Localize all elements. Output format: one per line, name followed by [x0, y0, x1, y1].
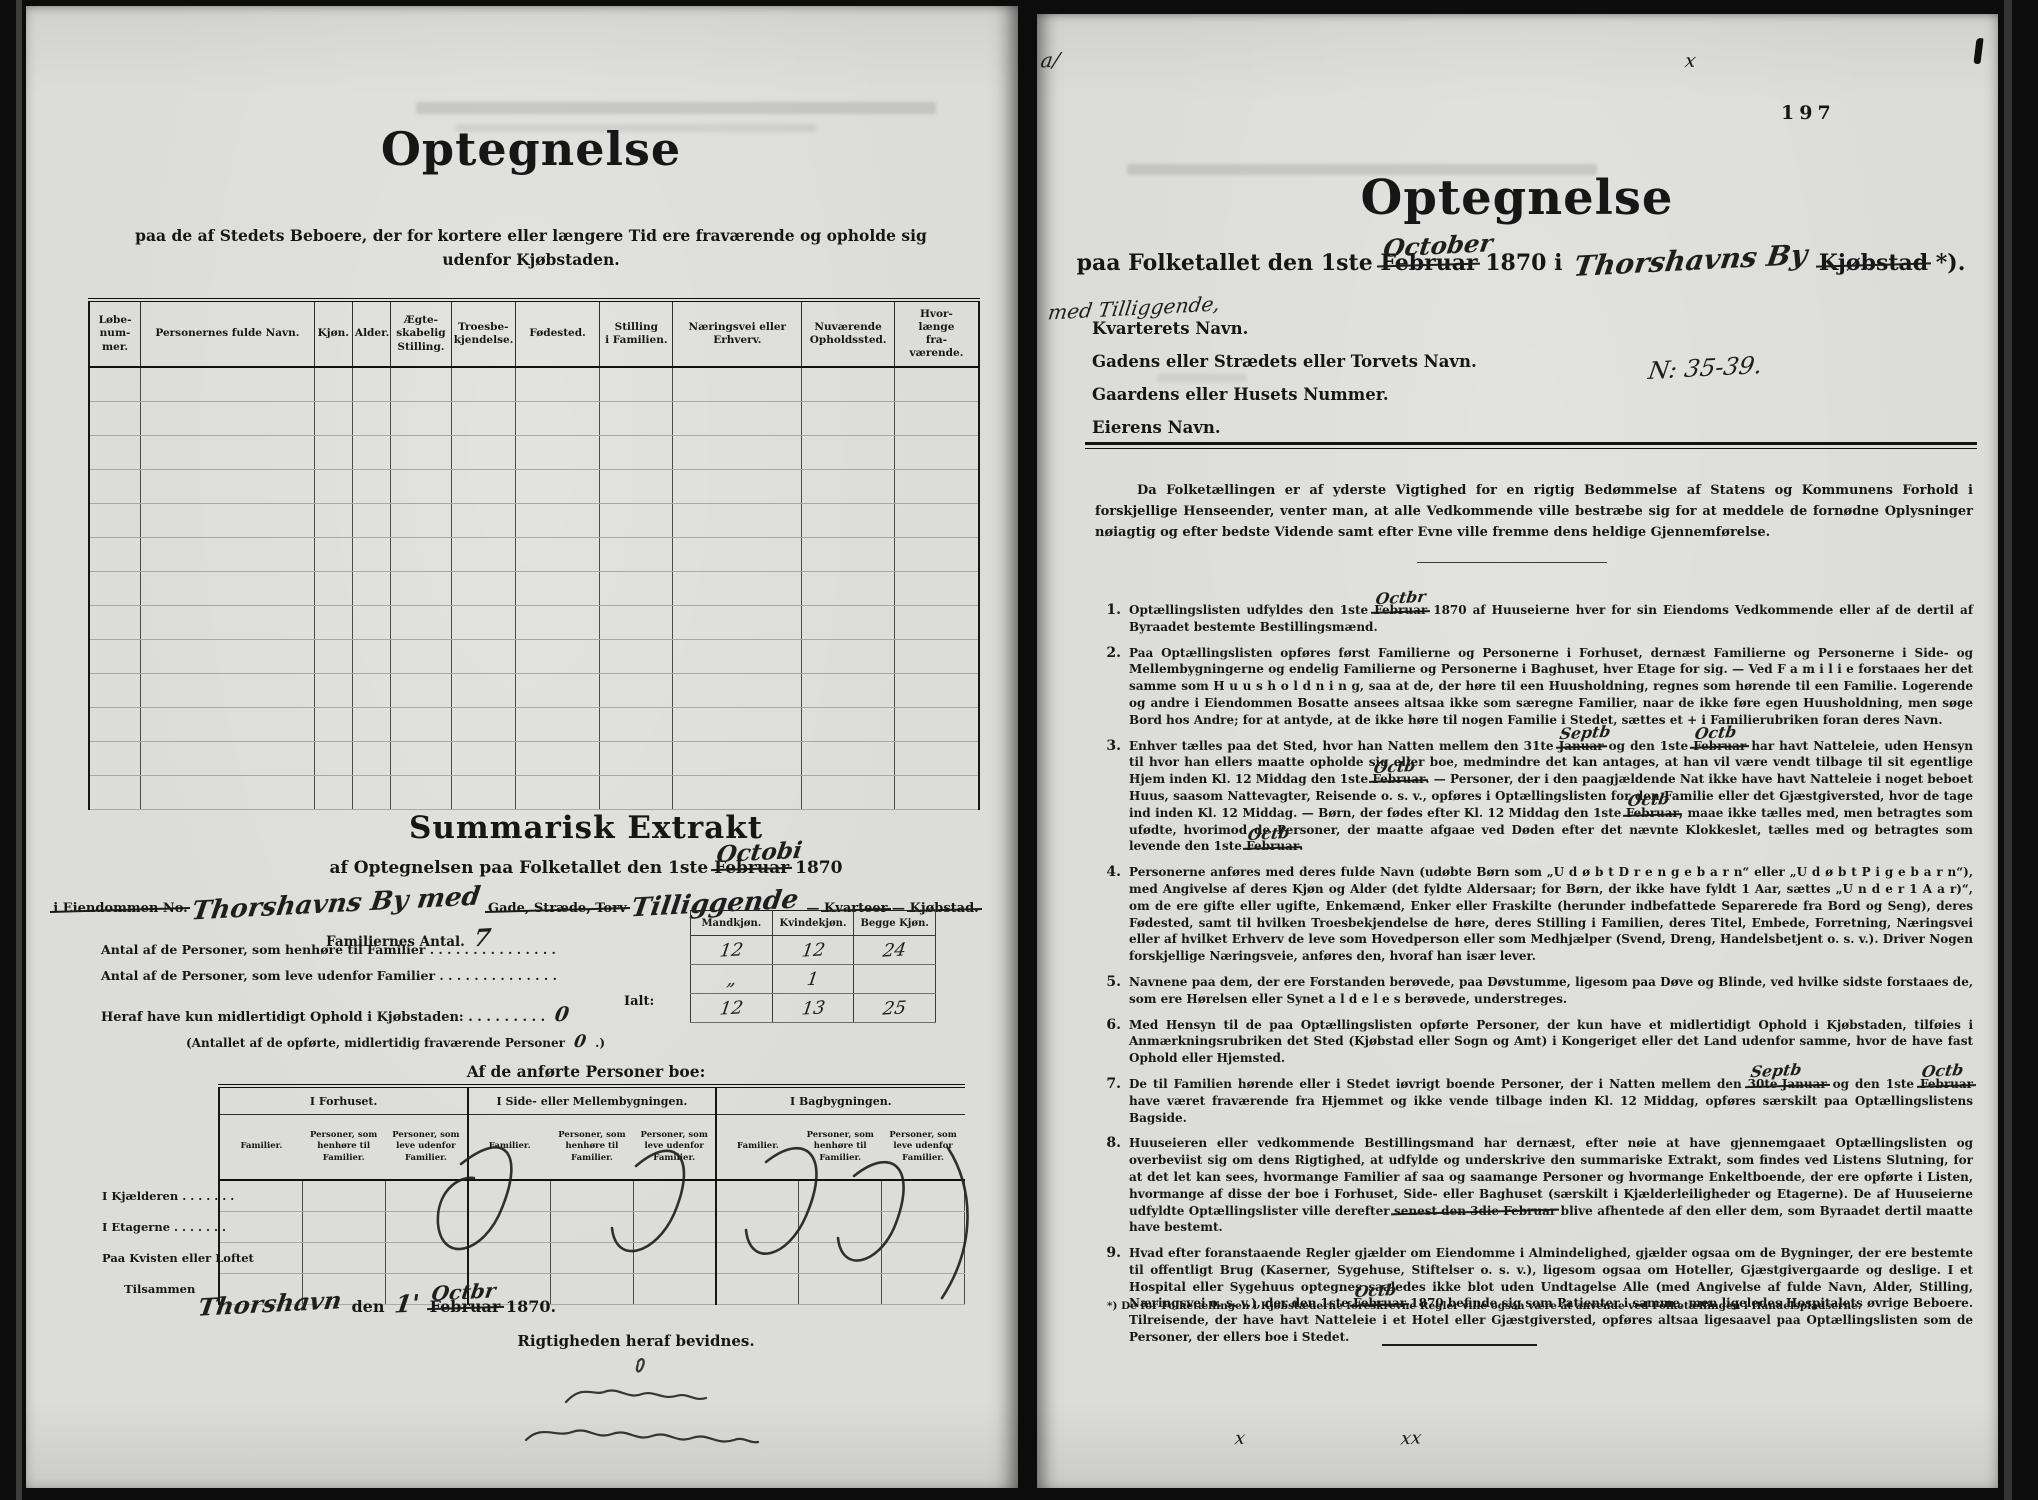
roster-cell: [451, 572, 515, 606]
item-number: 4.: [1095, 864, 1129, 965]
roster-cell: [894, 776, 979, 810]
instruction-item: 2.Paa Optællingslisten opføres først Fam…: [1095, 645, 1973, 729]
attestation-text: Rigtigheden heraf bevidnes.: [456, 1332, 816, 1350]
roster-cell: [451, 708, 515, 742]
housing-cell: [799, 1212, 882, 1243]
roster-cell: [802, 708, 895, 742]
roster-column-header: Løbe- num- mer.: [89, 300, 141, 367]
roster-cell: [515, 776, 600, 810]
printed-text: [1811, 250, 1819, 276]
roster-cell: [802, 402, 895, 436]
signature-scribble: [496, 1354, 796, 1464]
roster-column-header: Næringsvei eller Erhverv.: [673, 300, 802, 367]
housing-corner: [88, 1086, 219, 1115]
instruction-item: 7.De til Familien hørende eller i Stedet…: [1095, 1076, 1973, 1126]
handwritten-text: 1': [394, 1293, 421, 1313]
roster-cell: [451, 367, 515, 402]
item-text: Navnene paa dem, der ere Forstanden berø…: [1129, 974, 1973, 1008]
printed-text: den: [346, 1297, 390, 1316]
printed-text: Paa Optællingslisten opføres først Famil…: [1129, 646, 1973, 727]
instruction-item: 1.Optællingslisten udfyldes den 1ste Feb…: [1095, 602, 1973, 636]
roster-cell: [600, 640, 673, 674]
struck-text: JanuarSeptb: [1559, 738, 1604, 755]
roster-cell: [352, 436, 390, 470]
housing-subcolumn-header: Familier.: [219, 1115, 302, 1181]
housing-cell: [799, 1180, 882, 1212]
housing-cell: [882, 1243, 965, 1274]
housing-cell: [468, 1180, 551, 1212]
roster-cell: [600, 606, 673, 640]
roster-cell: [515, 367, 600, 402]
housing-cell: [633, 1243, 716, 1274]
roster-cell: [141, 674, 315, 708]
roster-cell: [673, 367, 802, 402]
roster-cell: [451, 640, 515, 674]
roster-empty-row: [89, 776, 979, 810]
housing-subcolumn-header: Familier.: [716, 1115, 799, 1181]
item-text: Personerne anføres med deres fulde Navn …: [1129, 864, 1973, 965]
instruction-item: 3.Enhver tælles paa det Sted, hvor han N…: [1095, 738, 1973, 856]
housing-row: I Kjælderen . . . . . . .: [88, 1180, 965, 1212]
stats-value-cell: „: [691, 965, 773, 994]
roster-cell: [141, 742, 315, 776]
handwritten-count: 12: [718, 997, 744, 1019]
roster-cell: [352, 776, 390, 810]
roster-cell: [89, 436, 141, 470]
roster-cell: [391, 436, 452, 470]
roster-cell: [515, 674, 600, 708]
label-kvarter: Kvarterets Navn.: [1092, 312, 1692, 345]
roster-cell: [314, 776, 352, 810]
roster-cell: [391, 367, 452, 402]
absent-persons-line: (Antallet af de opførte, midlertidig fra…: [186, 1036, 605, 1050]
roster-cell: [352, 674, 390, 708]
roster-cell: [515, 742, 600, 776]
address-label-block: Kvarterets Navn. Gadens eller Strædets e…: [1092, 312, 1692, 444]
stats-value-cell: 12: [772, 936, 854, 965]
stats-column-header: Begge Kjøn.: [854, 911, 936, 936]
roster-cell: [352, 606, 390, 640]
roster-column-header: Alder.: [352, 300, 390, 367]
housing-cell: [633, 1274, 716, 1305]
housing-cell: [302, 1243, 385, 1274]
roster-cell: [894, 572, 979, 606]
roster-column-header: Hvor- længe fra- værende.: [894, 300, 979, 367]
stats-value-cell: 25: [854, 994, 936, 1023]
stats-row-label-1: Antal af de Personer, som henhøre til Fa…: [101, 942, 556, 957]
roster-cell: [352, 367, 390, 402]
roster-cell: [314, 640, 352, 674]
housing-table: I Forhuset.I Side- eller Mellembygningen…: [88, 1084, 965, 1305]
item-text: Hvad efter foranstaaende Regler gjælder …: [1129, 1245, 1973, 1346]
stats-row: 121325: [691, 994, 936, 1023]
roster-cell: [352, 504, 390, 538]
summary-stats-table: Mandkjøn.Kvindekjøn.Begge Kjøn.121224„11…: [690, 910, 936, 1023]
handwritten-count: 12: [800, 939, 826, 961]
stats-value-cell: [854, 965, 936, 994]
roster-cell: [802, 367, 895, 402]
printed-text: af Optegnelsen paa Folketallet den 1ste: [330, 858, 715, 878]
roster-cell: [894, 470, 979, 504]
roster-cell: [894, 640, 979, 674]
roster-cell: [141, 402, 315, 436]
printed-text: have været fraværende fra Hjemmet og ikk…: [1129, 1094, 1973, 1125]
struck-text: Gade, Stræde, Torv: [488, 901, 627, 916]
handwritten-text: Thorshavns By: [1573, 244, 1809, 278]
instruction-item: 8.Huuseieren eller vedkommende Bestillin…: [1095, 1135, 1973, 1236]
subtitle-line-1: paa de af Stedets Beboere, der for korte…: [86, 224, 976, 248]
total-label: Ialt:: [624, 994, 654, 1009]
housing-cell: [385, 1212, 468, 1243]
housing-cell: [799, 1274, 882, 1305]
housing-cell: [551, 1243, 634, 1274]
handwritten-correction: Octbr: [430, 1279, 497, 1306]
handwritten-correction: Octobi: [715, 836, 804, 867]
roster-cell: [391, 776, 452, 810]
housing-cell: [882, 1274, 965, 1305]
printed-text: paa Folketallet den 1ste: [1077, 250, 1381, 276]
printed-text: Heraf have kun midlertidigt Ophold i Kjø…: [101, 1010, 550, 1025]
roster-cell: [391, 504, 452, 538]
housing-cell: [219, 1212, 302, 1243]
roster-cell: [673, 402, 802, 436]
item-number: 1.: [1095, 602, 1129, 636]
handwritten-correction: Octb: [1694, 721, 1739, 745]
footnote: *) De for Folketællingen i Kjøbstæderne …: [1107, 1300, 1927, 1312]
check-mark-bottom-1: x: [1233, 1428, 1246, 1450]
printed-text: .): [591, 1036, 605, 1050]
roster-cell: [89, 367, 141, 402]
struck-text: FebruarOctb: [1246, 838, 1299, 855]
struck-text: FebruarOctb: [1920, 1076, 1973, 1093]
roster-cell: [802, 674, 895, 708]
housing-group-header: I Forhuset.: [219, 1086, 467, 1115]
roster-cell: [391, 572, 452, 606]
roster-cell: [600, 708, 673, 742]
footnote-rule: [1382, 1344, 1537, 1346]
label-gaard: Gaardens eller Husets Nummer.: [1092, 378, 1692, 411]
roster-cell: [89, 742, 141, 776]
check-mark-bottom-2: xx: [1399, 1427, 1422, 1449]
roster-table: Løbe- num- mer.Personernes fulde Navn.Kj…: [88, 298, 980, 810]
roster-cell: [314, 606, 352, 640]
roster-cell: [673, 504, 802, 538]
roster-cell: [515, 470, 600, 504]
roster-cell: [802, 742, 895, 776]
scan-edge-left: [16, 0, 22, 1500]
roster-cell: [600, 367, 673, 402]
bleed-through-smudge: [416, 102, 936, 114]
roster-cell: [894, 708, 979, 742]
roster-cell: [802, 538, 895, 572]
housing-group-header: I Side- eller Mellembygningen.: [468, 1086, 716, 1115]
stats-value-cell: 12: [691, 994, 773, 1023]
section-divider: [1417, 562, 1607, 563]
roster-cell: [89, 538, 141, 572]
check-mark-top: x: [1683, 50, 1697, 73]
roster-column-header: Ægte- skabelig Stilling.: [391, 300, 452, 367]
handwritten-count: 24: [882, 939, 908, 961]
page-number: 197: [1781, 102, 1836, 124]
roster-cell: [802, 606, 895, 640]
roster-cell: [89, 402, 141, 436]
roster-cell: [314, 742, 352, 776]
housing-cell: [468, 1243, 551, 1274]
roster-cell: [314, 538, 352, 572]
roster-column-header: Troesbe- kjendelse.: [451, 300, 515, 367]
roster-cell: [141, 436, 315, 470]
stats-value-cell: 13: [772, 994, 854, 1023]
handwritten-count: 1: [806, 968, 821, 990]
roster-cell: [600, 674, 673, 708]
roster-empty-row: [89, 572, 979, 606]
pen-mark-edge: [1973, 38, 1983, 65]
printed-text: (Antallet af de opførte, midlertidig fra…: [186, 1036, 569, 1050]
printed-text: Enhver tælles paa det Sted, hvor han Nat…: [1129, 739, 1559, 753]
roster-empty-row: [89, 640, 979, 674]
item-number: 2.: [1095, 645, 1129, 729]
roster-cell: [391, 538, 452, 572]
housing-cell: [302, 1212, 385, 1243]
roster-cell: [600, 504, 673, 538]
corner-annotation: a/: [1039, 48, 1061, 73]
item-number: 9.: [1095, 1245, 1129, 1346]
housing-cell: [882, 1180, 965, 1212]
handwritten-text: Thorshavns By med: [190, 887, 481, 923]
roster-cell: [451, 742, 515, 776]
housing-cell: [633, 1180, 716, 1212]
struck-text: FebruarOctb: [1372, 771, 1425, 788]
scan-edge-right: [2004, 0, 2012, 1500]
housing-cell: [799, 1243, 882, 1274]
roster-empty-row: [89, 742, 979, 776]
housing-cell: [302, 1180, 385, 1212]
roster-column-header: Kjøn.: [314, 300, 352, 367]
housing-row-label: I Kjælderen . . . . . . .: [88, 1180, 219, 1212]
roster-column-header: Fødested.: [515, 300, 600, 367]
roster-cell: [894, 504, 979, 538]
roster-cell: [451, 402, 515, 436]
roster-cell: [141, 640, 315, 674]
roster-cell: [673, 606, 802, 640]
handwritten-correction: Octbr: [1375, 585, 1428, 609]
roster-cell: [673, 436, 802, 470]
housing-subcolumn-header: Personer, som leve udenfor Familier.: [385, 1115, 468, 1181]
roster-cell: [314, 674, 352, 708]
subtitle-line-2: udenfor Kjøbstaden.: [86, 248, 976, 272]
roster-cell: [515, 436, 600, 470]
handwritten-correction: Octb: [1247, 822, 1292, 846]
extract-title: Summarisk Extrakt: [126, 810, 1046, 846]
instruction-item: 5.Navnene paa dem, der ere Forstanden be…: [1095, 974, 1973, 1008]
roster-cell: [894, 538, 979, 572]
roster-cell: [89, 606, 141, 640]
roster-column-header: Nuværende Opholdssted.: [802, 300, 895, 367]
item-number: 5.: [1095, 974, 1129, 1008]
roster-empty-row: [89, 538, 979, 572]
roster-cell: [352, 708, 390, 742]
housing-subcolumn-header: Familier.: [468, 1115, 551, 1181]
housing-row-label: I Etagerne . . . . . . .: [88, 1212, 219, 1243]
roster-cell: [141, 572, 315, 606]
struck-text: i Eiendommen No.: [53, 901, 187, 916]
housing-cell: [385, 1180, 468, 1212]
printed-text: og den 1ste: [1604, 739, 1694, 753]
extract-subtitle: af Optegnelsen paa Folketallet den 1ste …: [126, 858, 1046, 878]
roster-empty-row: [89, 504, 979, 538]
housing-cell: [882, 1212, 965, 1243]
instruction-item: 4.Personerne anføres med deres fulde Nav…: [1095, 864, 1973, 965]
housing-cell: [468, 1212, 551, 1243]
handwritten-count: 25: [882, 997, 908, 1019]
housing-cell: [633, 1212, 716, 1243]
housing-group-header: I Bagbygningen.: [716, 1086, 964, 1115]
roster-cell: [673, 776, 802, 810]
stats-row-label-2: Antal af de Personer, som leve udenfor F…: [101, 968, 557, 983]
right-page: a/ x 197 Optegnelse paa Folketallet den …: [1037, 14, 1998, 1488]
printed-text: De til Familien hørende eller i Stedet i…: [1129, 1077, 1748, 1091]
roster-cell: [802, 504, 895, 538]
roster-cell: [673, 742, 802, 776]
housing-subcolumn-header: Personer, som henhøre til Familier.: [302, 1115, 385, 1181]
roster-cell: [314, 572, 352, 606]
stats-row: „1: [691, 965, 936, 994]
roster-cell: [600, 538, 673, 572]
roster-cell: [673, 538, 802, 572]
handwritten-count: „: [725, 968, 737, 989]
roster-cell: [802, 436, 895, 470]
roster-cell: [673, 572, 802, 606]
roster-cell: [391, 470, 452, 504]
roster-cell: [352, 572, 390, 606]
handwritten-text: Thorshavn: [197, 1290, 343, 1317]
left-page: Optegnelse paa de af Stedets Beboere, de…: [26, 6, 1018, 1488]
roster-cell: [451, 606, 515, 640]
roster-cell: [515, 538, 600, 572]
roster-cell: [673, 708, 802, 742]
struck-text: Kjøbstad: [1819, 250, 1928, 276]
item-text: Optællingslisten udfyldes den 1ste Febru…: [1129, 602, 1973, 636]
struck-text: FebruarOctobi: [714, 858, 789, 878]
roster-cell: [515, 640, 600, 674]
double-rule: [1085, 442, 1977, 449]
roster-cell: [141, 606, 315, 640]
roster-cell: [600, 776, 673, 810]
roster-cell: [314, 402, 352, 436]
roster-cell: [141, 504, 315, 538]
roster-cell: [141, 776, 315, 810]
item-text: Med Hensyn til de paa Optællingslisten o…: [1129, 1017, 1973, 1067]
handwritten-text: 0: [554, 1006, 570, 1023]
roster-cell: [673, 674, 802, 708]
right-page-title: Optegnelse: [1067, 170, 1967, 226]
roster-cell: [89, 674, 141, 708]
roster-cell: [515, 572, 600, 606]
roster-cell: [141, 367, 315, 402]
handwritten-house-number: N: 35-39.: [1647, 351, 1765, 385]
roster-cell: [314, 436, 352, 470]
roster-cell: [894, 742, 979, 776]
struck-text: FebruarOctb: [1693, 738, 1746, 755]
roster-column-header: Personernes fulde Navn.: [141, 300, 315, 367]
roster-cell: [673, 470, 802, 504]
roster-cell: [89, 504, 141, 538]
stats-column-header: Mandkjøn.: [691, 911, 773, 936]
roster-cell: [89, 776, 141, 810]
housing-subcolumn-header: Personer, som leve udenfor Familier.: [633, 1115, 716, 1181]
housing-heading: Af de anførte Personer boe:: [126, 1062, 1046, 1081]
handwritten-count: 13: [800, 997, 826, 1019]
roster-cell: [802, 470, 895, 504]
item-text: Enhver tælles paa det Sted, hvor han Nat…: [1129, 738, 1973, 856]
label-gade: Gadens eller Strædets eller Torvets Navn…: [1092, 345, 1692, 378]
roster-cell: [352, 538, 390, 572]
roster-cell: [673, 640, 802, 674]
handwritten-count: 12: [718, 939, 744, 961]
roster-cell: [314, 367, 352, 402]
roster-cell: [515, 708, 600, 742]
roster-cell: [802, 572, 895, 606]
roster-cell: [802, 776, 895, 810]
roster-cell: [451, 436, 515, 470]
roster-cell: [894, 402, 979, 436]
left-page-subtitle: paa de af Stedets Beboere, der for korte…: [86, 224, 976, 272]
roster-empty-row: [89, 367, 979, 402]
printed-text: 1870 i: [1478, 250, 1571, 276]
item-number: 3.: [1095, 738, 1129, 856]
stats-value-cell: 24: [854, 936, 936, 965]
struck-text: FebruarOctober: [1380, 250, 1477, 276]
handwritten-correction: Septb: [1559, 721, 1613, 745]
printed-text: Med Hensyn til de paa Optællingslisten o…: [1129, 1018, 1973, 1066]
printed-text: Personerne anføres med deres fulde Navn …: [1129, 865, 1973, 963]
struck-text: 30te JanuarSeptb: [1748, 1076, 1827, 1093]
roster-cell: [515, 402, 600, 436]
roster-cell: [141, 538, 315, 572]
temporary-residence-line: Heraf have kun midlertidigt Ophold i Kjø…: [101, 1006, 574, 1025]
roster-cell: [451, 674, 515, 708]
housing-cell: [551, 1180, 634, 1212]
roster-empty-row: [89, 674, 979, 708]
housing-subcolumn-header: Personer, som leve udenfor Familier.: [882, 1115, 965, 1181]
roster-cell: [451, 504, 515, 538]
item-text: Huuseieren eller vedkommende Bestillings…: [1129, 1135, 1973, 1236]
roster-cell: [352, 470, 390, 504]
housing-cell: [716, 1212, 799, 1243]
roster-column-header: Stilling i Familien.: [600, 300, 673, 367]
intro-paragraph: Da Folketællingen er af yderste Vigtighe…: [1095, 480, 1973, 543]
roster-empty-row: [89, 436, 979, 470]
roster-cell: [515, 606, 600, 640]
housing-cell: [716, 1274, 799, 1305]
roster-cell: [89, 708, 141, 742]
stats-row: 121224: [691, 936, 936, 965]
housing-subcolumn-header: Personer, som henhøre til Familier.: [799, 1115, 882, 1181]
housing-cell: [716, 1243, 799, 1274]
roster-cell: [600, 470, 673, 504]
roster-cell: [451, 776, 515, 810]
roster-cell: [314, 504, 352, 538]
label-eier: Eierens Navn.: [1092, 411, 1692, 444]
item-text: De til Familien hørende eller i Stedet i…: [1129, 1076, 1973, 1126]
printed-text: og den 1ste: [1827, 1077, 1920, 1091]
roster-cell: [352, 402, 390, 436]
handwritten-text: 0: [573, 1036, 587, 1050]
handwritten-correction: Septb: [1749, 1059, 1803, 1083]
roster-cell: [89, 572, 141, 606]
roster-cell: [89, 640, 141, 674]
housing-row: I Etagerne . . . . . . .: [88, 1212, 965, 1243]
